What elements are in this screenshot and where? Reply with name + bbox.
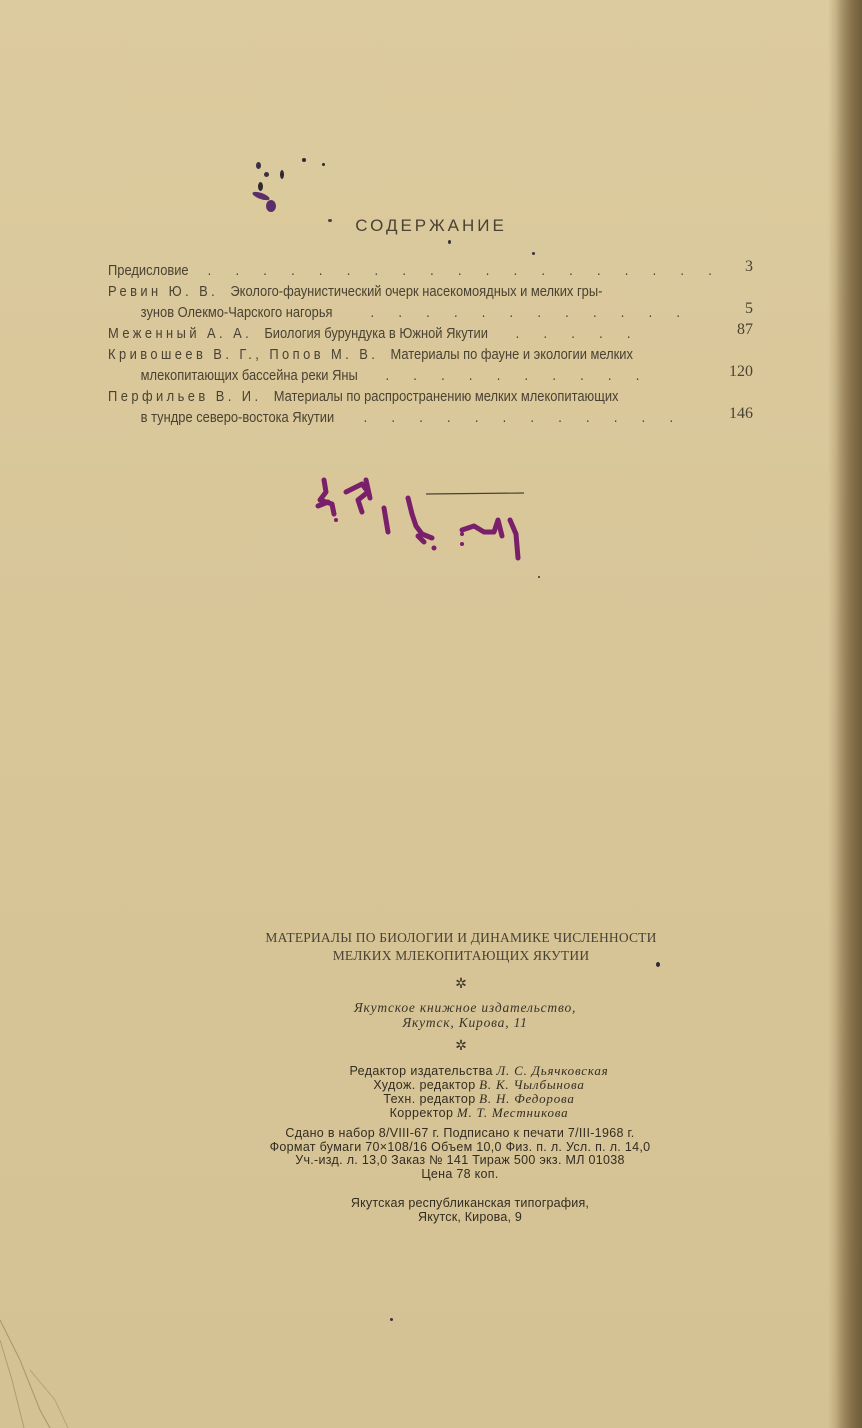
credit-name: В. Н. Федорова [479, 1091, 575, 1106]
toc-entry-title-cont: млекопитающих бассейна реки Яны [141, 367, 358, 384]
print-detail-line: Уч.-изд. л. 13,0 Заказ № 141 Тираж 500 э… [0, 1154, 862, 1168]
printer-block: Якутская республиканская типография, Яку… [0, 1196, 862, 1224]
credit-line: Редактор издательства Л. С. Дьячковская [0, 1064, 862, 1078]
toc-entry-title: Предисловие [108, 262, 189, 279]
toc-author: Перфильев В. И. [108, 388, 262, 405]
toc-title: СОДЕРЖАНИЕ [0, 216, 862, 236]
toc-entry-revin-cont: зунов Олекмо-Чарского нагорья . . . . . … [108, 302, 710, 323]
toc-entry-title: Материалы по фауне и экологии мелких [391, 346, 633, 363]
dot-leader: . . . . . . . . . . . . [364, 409, 684, 426]
page-number: 87 [713, 319, 753, 340]
toc-entry-krivosheev-cont: млекопитающих бассейна реки Яны . . . . … [108, 365, 710, 386]
credit-role: Худож. редактор [373, 1078, 475, 1092]
credit-name: Л. С. Дьячковская [496, 1063, 608, 1078]
toc-entry-title-cont: в тундре северо-востока Якутии [141, 409, 335, 426]
toc-entry-title: Биология бурундука в Южной Якутии [264, 325, 488, 342]
toc-entry-perfilyev: Перфильев В. И. Материалы по распростран… [108, 386, 710, 407]
credit-line: Худож. редактор В. К. Чылбынова [0, 1078, 862, 1092]
page-number: 146 [713, 403, 753, 424]
dot-leader: . . . . . . . . . . . . . . . . . . . [208, 262, 722, 279]
book-title-imprint: МАТЕРИАЛЫ ПО БИОЛОГИИ И ДИНАМИКЕ ЧИСЛЕНН… [0, 929, 862, 965]
publisher-block: Якутское книжное издательство, Якутск, К… [0, 1000, 862, 1030]
toc-author: Кривошеев В. Г., Попов М. В. [108, 346, 378, 363]
credit-name: М. Т. Местникова [457, 1105, 569, 1120]
credit-role: Редактор издательства [349, 1064, 492, 1078]
page-number: 5 [713, 298, 753, 319]
toc-entry-title: Эколого-фаунистический очерк насекомоядн… [230, 283, 602, 300]
page-number: 3 [713, 256, 753, 277]
ink-speck [390, 1318, 393, 1321]
publisher-address: Якутск, Кирова, 11 [0, 1015, 862, 1030]
book-title-line: МЕЛКИХ МЛЕКОПИТАЮЩИХ ЯКУТИИ [0, 947, 862, 965]
toc-entry-krivosheev: Кривошеев В. Г., Попов М. В. Материалы п… [108, 344, 710, 365]
printer-address: Якутск, Кирова, 9 [0, 1210, 862, 1224]
dot-leader: . . . . . [516, 325, 641, 342]
handwritten-accession-stamp [312, 462, 552, 572]
dot-leader: . . . . . . . . . . [385, 367, 649, 384]
toc-entry-title-cont: зунов Олекмо-Чарского нагорья [141, 304, 333, 321]
printer-name: Якутская республиканская типография, [0, 1196, 862, 1210]
credit-role: Техн. редактор [383, 1092, 475, 1106]
dot-leader: . . . . . . . . . . . . [371, 304, 691, 321]
editorial-credits: Редактор издательства Л. С. Дьячковская … [0, 1064, 862, 1120]
toc-author: Ревин Ю. В. [108, 283, 218, 300]
credit-line: Техн. редактор В. Н. Федорова [0, 1092, 862, 1106]
print-detail-line: Формат бумаги 70×108/16 Объем 10,0 Физ. … [0, 1141, 862, 1155]
toc-author: Меженный А. А. [108, 325, 252, 342]
page-number: 120 [713, 361, 753, 382]
document-page: СОДЕРЖАНИЕ Предисловие . . . . . . . . .… [0, 0, 862, 1428]
toc-entry-preface: Предисловие . . . . . . . . . . . . . . … [108, 260, 710, 281]
asterism-separator-icon: ✲ [0, 1038, 862, 1055]
paper-crease [0, 1300, 80, 1428]
price-line: Цена 78 коп. [0, 1168, 862, 1182]
publisher-name: Якутское книжное издательство, [0, 1000, 862, 1015]
credit-role: Корректор [390, 1106, 454, 1120]
toc-entry-mezhennyi: Меженный А. А. Биология бурундука в Южно… [108, 323, 710, 344]
credit-line: Корректор М. Т. Местникова [0, 1106, 862, 1120]
toc-entry-revin: Ревин Ю. В. Эколого-фаунистический очерк… [108, 281, 710, 302]
toc-entry-title: Материалы по распространению мелких млек… [274, 388, 619, 405]
table-of-contents: Предисловие . . . . . . . . . . . . . . … [108, 260, 710, 428]
print-details: Сдано в набор 8/VIII-67 г. Подписано к п… [0, 1127, 862, 1181]
print-detail-line: Сдано в набор 8/VIII-67 г. Подписано к п… [0, 1127, 862, 1141]
asterism-separator-icon: ✲ [0, 976, 862, 993]
ink-speck [656, 962, 660, 967]
credit-name: В. К. Чылбынова [479, 1077, 585, 1092]
ink-speck [538, 576, 540, 578]
toc-entry-perfilyev-cont: в тундре северо-востока Якутии . . . . .… [108, 407, 710, 428]
book-title-line: МАТЕРИАЛЫ ПО БИОЛОГИИ И ДИНАМИКЕ ЧИСЛЕНН… [0, 929, 862, 947]
